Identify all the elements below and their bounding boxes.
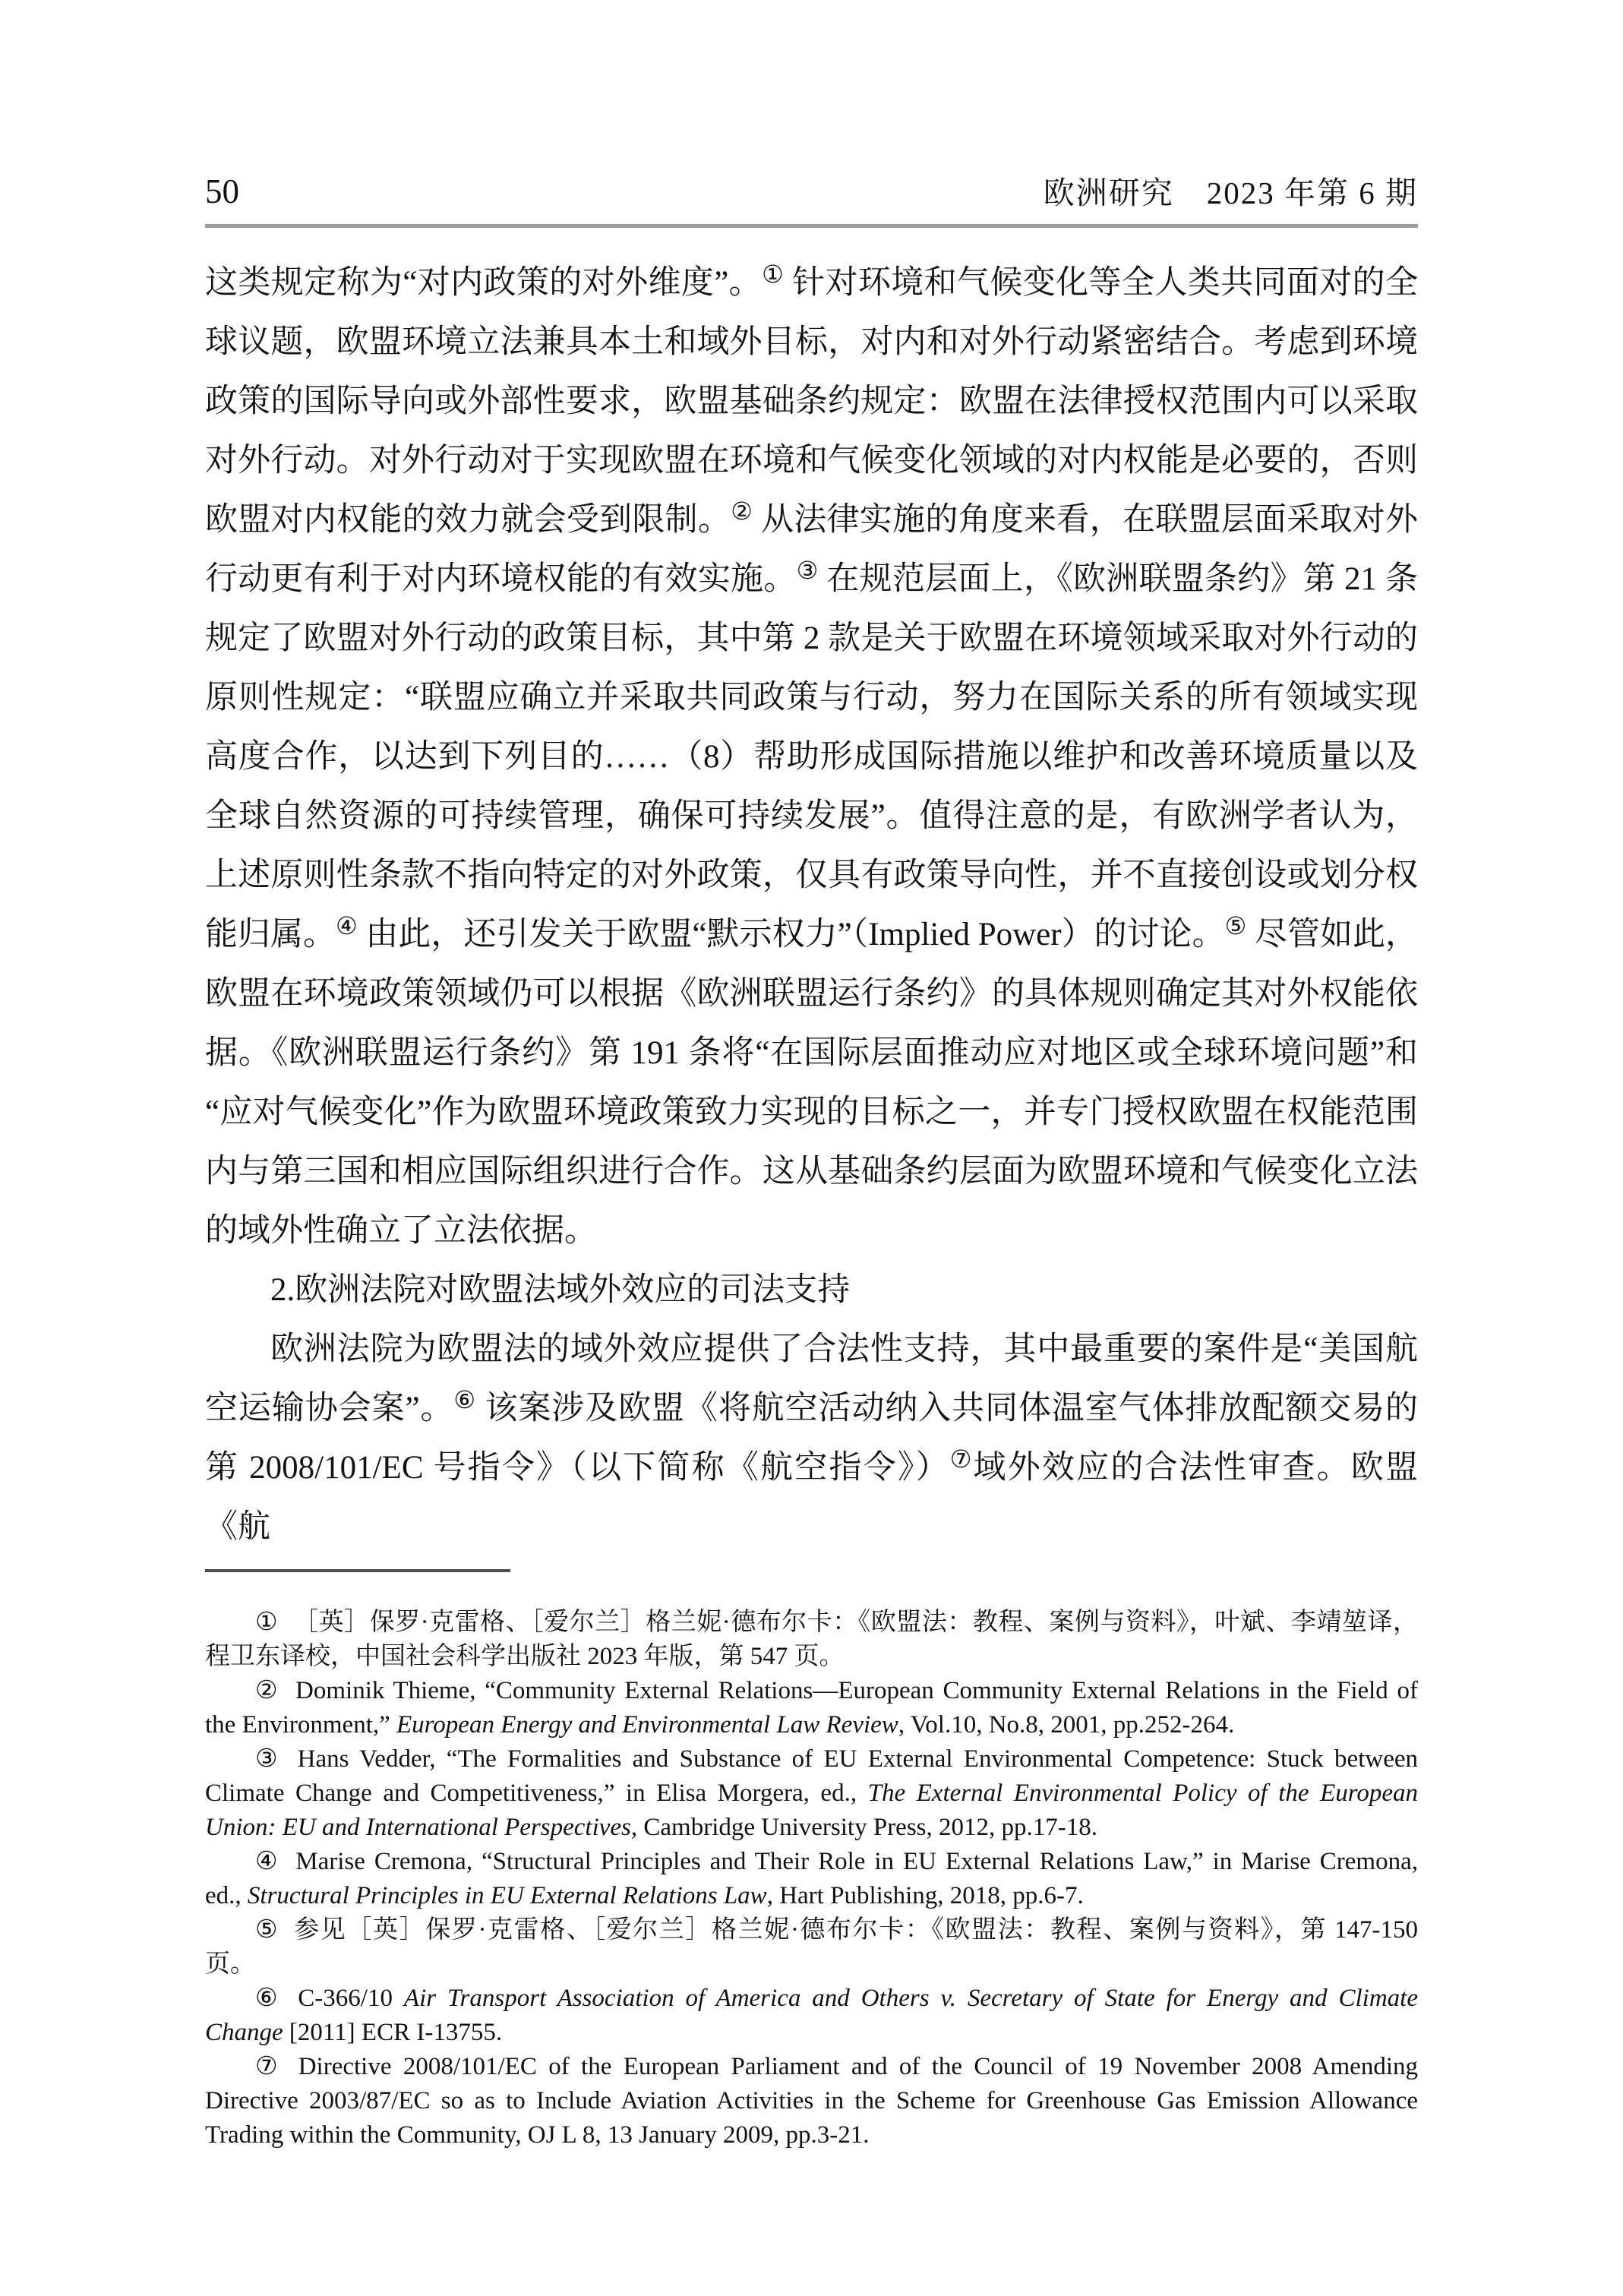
page-number: 50 [205, 175, 239, 209]
footnotes-section: ①［英］保罗·克雷格、［爱尔兰］格兰妮·德布尔卡：《欧盟法：教程、案例与资料》，… [205, 1606, 1418, 2152]
text-run: 针对环境和气候变化等全人类共同面对的全球议题，欧盟环境立法兼具本土和域外目标，对… [205, 265, 1418, 538]
footnote-ref: ③ [797, 557, 819, 584]
footnote-marker: ① [255, 1609, 278, 1636]
text-run: 2.欧洲法院对欧盟法域外效应的司法支持 [270, 1272, 850, 1308]
italic-title: Structural Principles in EU External Rel… [248, 1882, 767, 1909]
text-run: 由此，还引发关于欧盟“默示权力”（Implied Power）的讨论。 [358, 917, 1225, 952]
footnote-ref: ④ [336, 913, 358, 940]
footnote-ref: ⑥ [453, 1387, 475, 1413]
footnote-item: ①［英］保罗·克雷格、［爱尔兰］格兰妮·德布尔卡：《欧盟法：教程、案例与资料》，… [205, 1606, 1418, 1674]
footnote-item: ⑤参见［英］保罗·克雷格、［爱尔兰］格兰妮·德布尔卡：《欧盟法：教程、案例与资料… [205, 1913, 1418, 1982]
footnote-marker: ② [255, 1677, 280, 1704]
text-run: , Vol.10, No.8, 2001, pp.252-264. [898, 1711, 1234, 1739]
text-run: Directive 2008/101/EC of the European Pa… [205, 2053, 1418, 2149]
footnote-marker: ⑦ [255, 2053, 283, 2080]
text-run: 尽管如此，欧盟在环境政策领域仍可以根据《欧洲联盟运行条约》的具体规则确定其对外权… [205, 917, 1418, 1249]
body-paragraph: 2.欧洲法院对欧盟法域外效应的司法支持 [205, 1261, 1418, 1320]
footnote-ref: ② [731, 498, 753, 525]
text-run: 在规范层面上，《欧洲联盟条约》第 21 条规定了欧盟对外行动的政策目标，其中第 … [205, 561, 1418, 952]
footnote-divider [205, 1569, 510, 1572]
article-body: 这类规定称为“对内政策的对外维度”。① 针对环境和气候变化等全人类共同面对的全球… [205, 254, 1418, 1557]
footnote-ref: ⑤ [1225, 913, 1247, 940]
footnote-item: ⑥C-366/10 Air Transport Association of A… [205, 1982, 1418, 2050]
text-run: C-366/10 [298, 1985, 404, 2012]
italic-title: European Energy and Environmental Law Re… [396, 1711, 898, 1739]
footnote-item: ③Hans Vedder, “The Formalities and Subst… [205, 1742, 1418, 1845]
page-header: 50 欧洲研究 2023 年第 6 期 [205, 0, 1418, 209]
footnote-item: ④Marise Cremona, “Structural Principles … [205, 1845, 1418, 1913]
footnote-marker: ④ [255, 1848, 280, 1875]
body-paragraph: 欧洲法院为欧盟法的域外效应提供了合法性支持，其中最重要的案件是“美国航空运输协会… [205, 1320, 1418, 1557]
text-run: 这类规定称为“对内政策的对外维度”。 [205, 265, 762, 301]
footnote-item: ⑦Directive 2008/101/EC of the European P… [205, 2050, 1418, 2152]
footnote-ref: ① [762, 261, 784, 288]
header-rule [205, 224, 1418, 228]
footnote-ref: ⑦ [950, 1446, 974, 1473]
journal-issue-label: 欧洲研究 2023 年第 6 期 [1044, 178, 1418, 209]
footnote-item: ②Dominik Thieme, “Community External Rel… [205, 1674, 1418, 1742]
text-run: 参见［英］保罗·克雷格、［爱尔兰］格兰妮·德布尔卡：《欧盟法：教程、案例与资料》… [205, 1916, 1418, 1978]
text-run: ［英］保罗·克雷格、［爱尔兰］格兰妮·德布尔卡：《欧盟法：教程、案例与资料》，叶… [205, 1609, 1418, 1670]
body-paragraph: 这类规定称为“对内政策的对外维度”。① 针对环境和气候变化等全人类共同面对的全球… [205, 254, 1418, 1261]
journal-page: 50 欧洲研究 2023 年第 6 期 这类规定称为“对内政策的对外维度”。① … [0, 0, 1623, 2296]
footnote-marker: ⑥ [255, 1985, 283, 2012]
text-run: , Cambridge University Press, 2012, pp.1… [631, 1814, 1097, 1841]
footnote-marker: ⑤ [255, 1916, 279, 1944]
text-run: [2011] ECR I-13755. [283, 2019, 502, 2046]
text-run: , Hart Publishing, 2018, pp.6-7. [767, 1882, 1084, 1909]
footnote-marker: ③ [255, 1745, 283, 1773]
